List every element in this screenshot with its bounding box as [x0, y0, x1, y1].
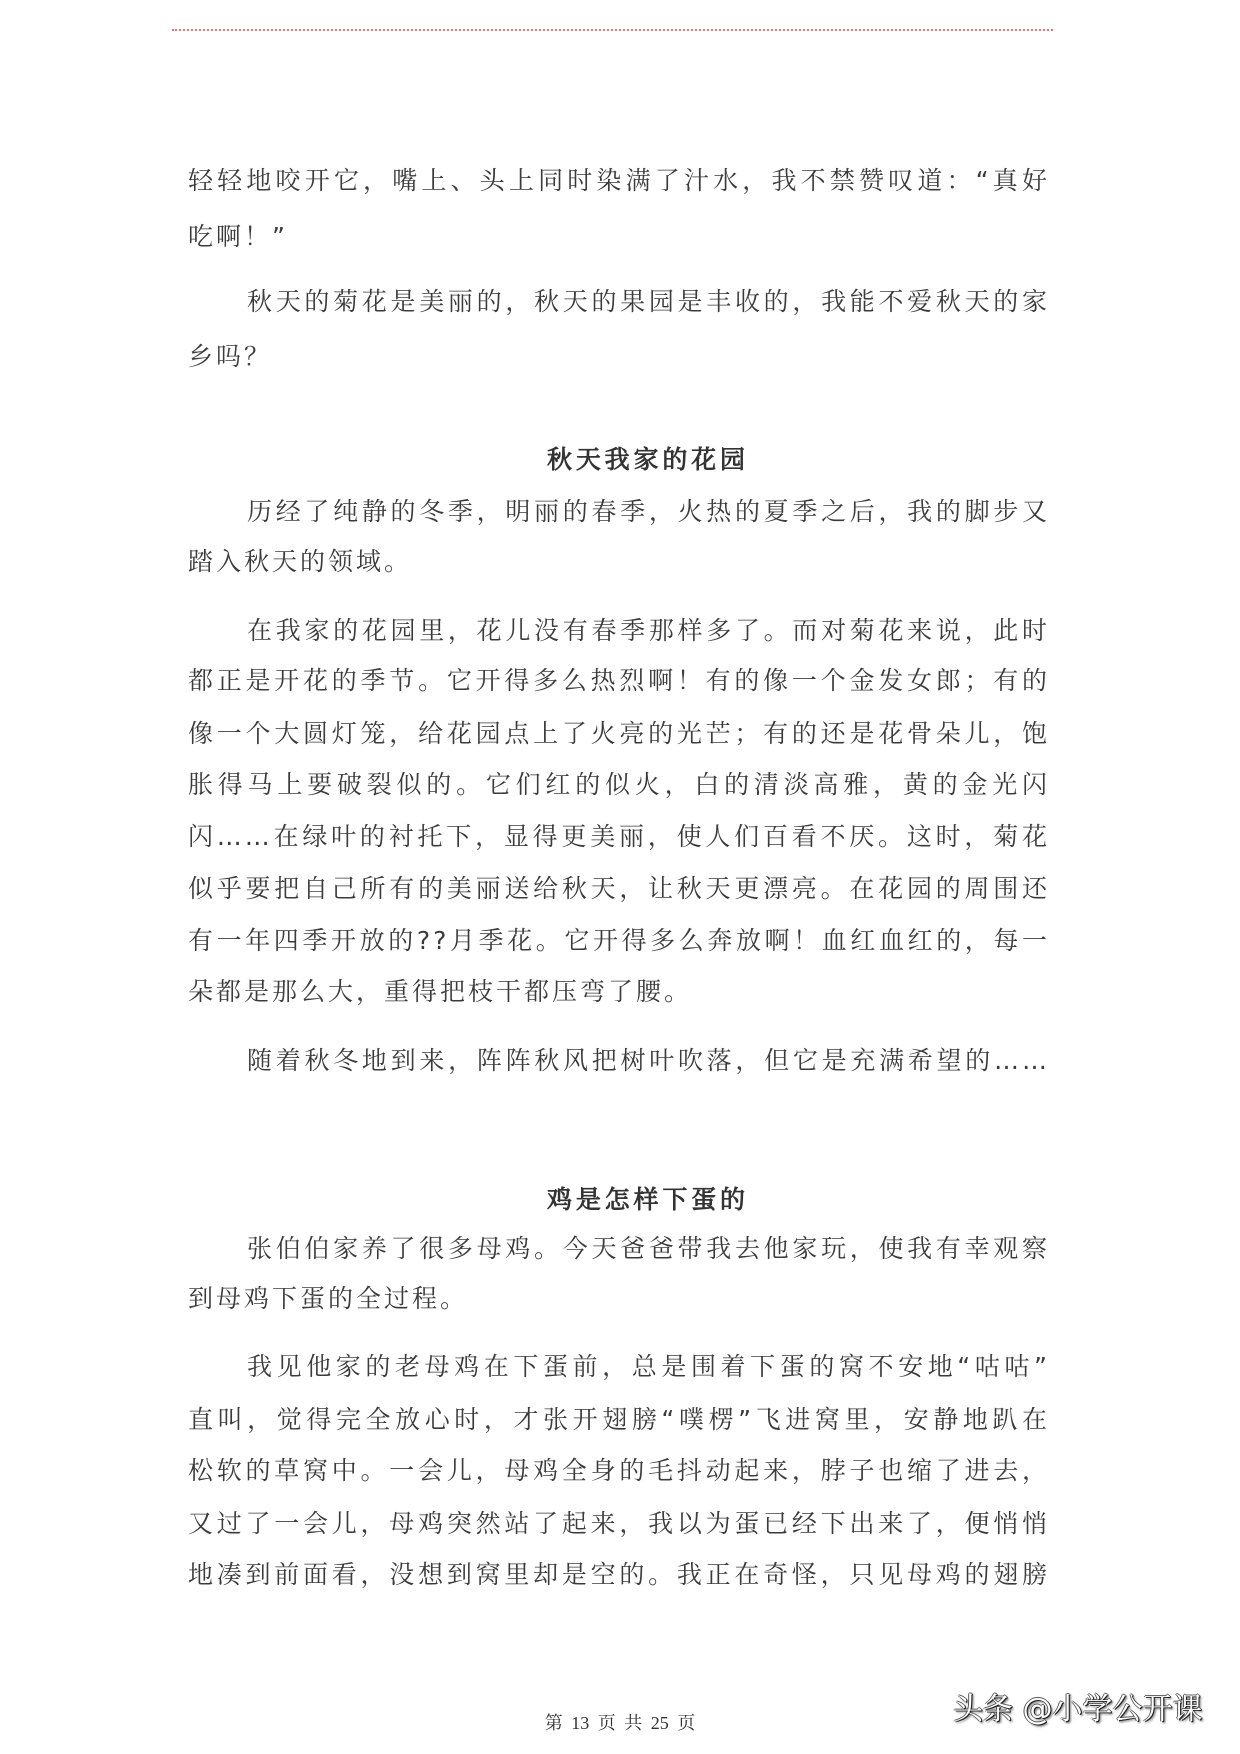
text-line: 闪……在绿叶的衬托下，显得更美丽，使人们百看不厌。这时，菊花 — [188, 817, 1050, 857]
text-line: 秋天的菊花是美丽的，秋天的果园是丰收的，我能不爱秋天的家 — [247, 282, 1050, 322]
text-line: 似乎要把自己所有的美丽送给秋天，让秋天更漂亮。在花园的周围还 — [188, 869, 1050, 909]
text-line: 胀得马上要破裂似的。它们红的似火，白的清淡高雅，黄的金光闪 — [188, 765, 1050, 805]
essay-title: 秋天我家的花园 — [547, 440, 747, 480]
text-line: 我见他家的老母鸡在下蛋前，总是围着下蛋的窝不安地“咕咕” — [247, 1347, 1050, 1387]
header-rule — [172, 29, 1053, 31]
text-line: 地凑到前面看，没想到窝里却是空的。我正在奇怪，只见母鸡的翅膀 — [188, 1555, 1050, 1595]
text-line: 吃啊！” — [188, 217, 1050, 257]
text-line: 像一个大圆灯笼，给花园点上了火亮的光芒；有的还是花骨朵儿，饱 — [188, 714, 1050, 754]
text-line: 随着秋冬地到来，阵阵秋风把树叶吹落，但它是充满希望的…… — [247, 1041, 1050, 1081]
text-line: 松软的草窝中。一会儿，母鸡全身的毛抖动起来，脖子也缩了进去， — [188, 1451, 1050, 1491]
text-line: 又过了一会儿，母鸡突然站了起来，我以为蛋已经下出来了，便悄悄 — [188, 1504, 1050, 1544]
text-line: 有一年四季开放的??月季花。它开得多么奔放啊！血红血红的，每一 — [188, 921, 1050, 961]
text-line: 到母鸡下蛋的全过程。 — [188, 1279, 1050, 1319]
text-line: 张伯伯家养了很多母鸡。今天爸爸带我去他家玩，使我有幸观察 — [247, 1229, 1050, 1269]
text-line: 直叫，觉得完全放心时，才张开翅膀“噗楞”飞进窝里，安静地趴在 — [188, 1400, 1050, 1440]
text-line: 历经了纯静的冬季，明丽的春季，火热的夏季之后，我的脚步又 — [247, 492, 1050, 532]
text-line: 在我家的花园里，花儿没有春季那样多了。而对菊花来说，此时 — [247, 611, 1050, 651]
essay-title: 鸡是怎样下蛋的 — [547, 1180, 747, 1220]
watermark: 头条 @小学公开课 — [953, 1690, 1203, 1730]
text-line: 朵都是那么大，重得把枝干都压弯了腰。 — [188, 972, 1050, 1012]
text-line: 轻轻地咬开它，嘴上、头上同时染满了汁水，我不禁赞叹道：“真好 — [188, 161, 1050, 201]
text-line: 都正是开花的季节。它开得多么热烈啊！有的像一个金发女郎；有的 — [188, 661, 1050, 701]
page-number: 第 13 页 共 25 页 — [520, 1711, 720, 1735]
text-line: 踏入秋天的领域。 — [188, 542, 1050, 582]
text-line: 乡吗？ — [188, 337, 1050, 377]
